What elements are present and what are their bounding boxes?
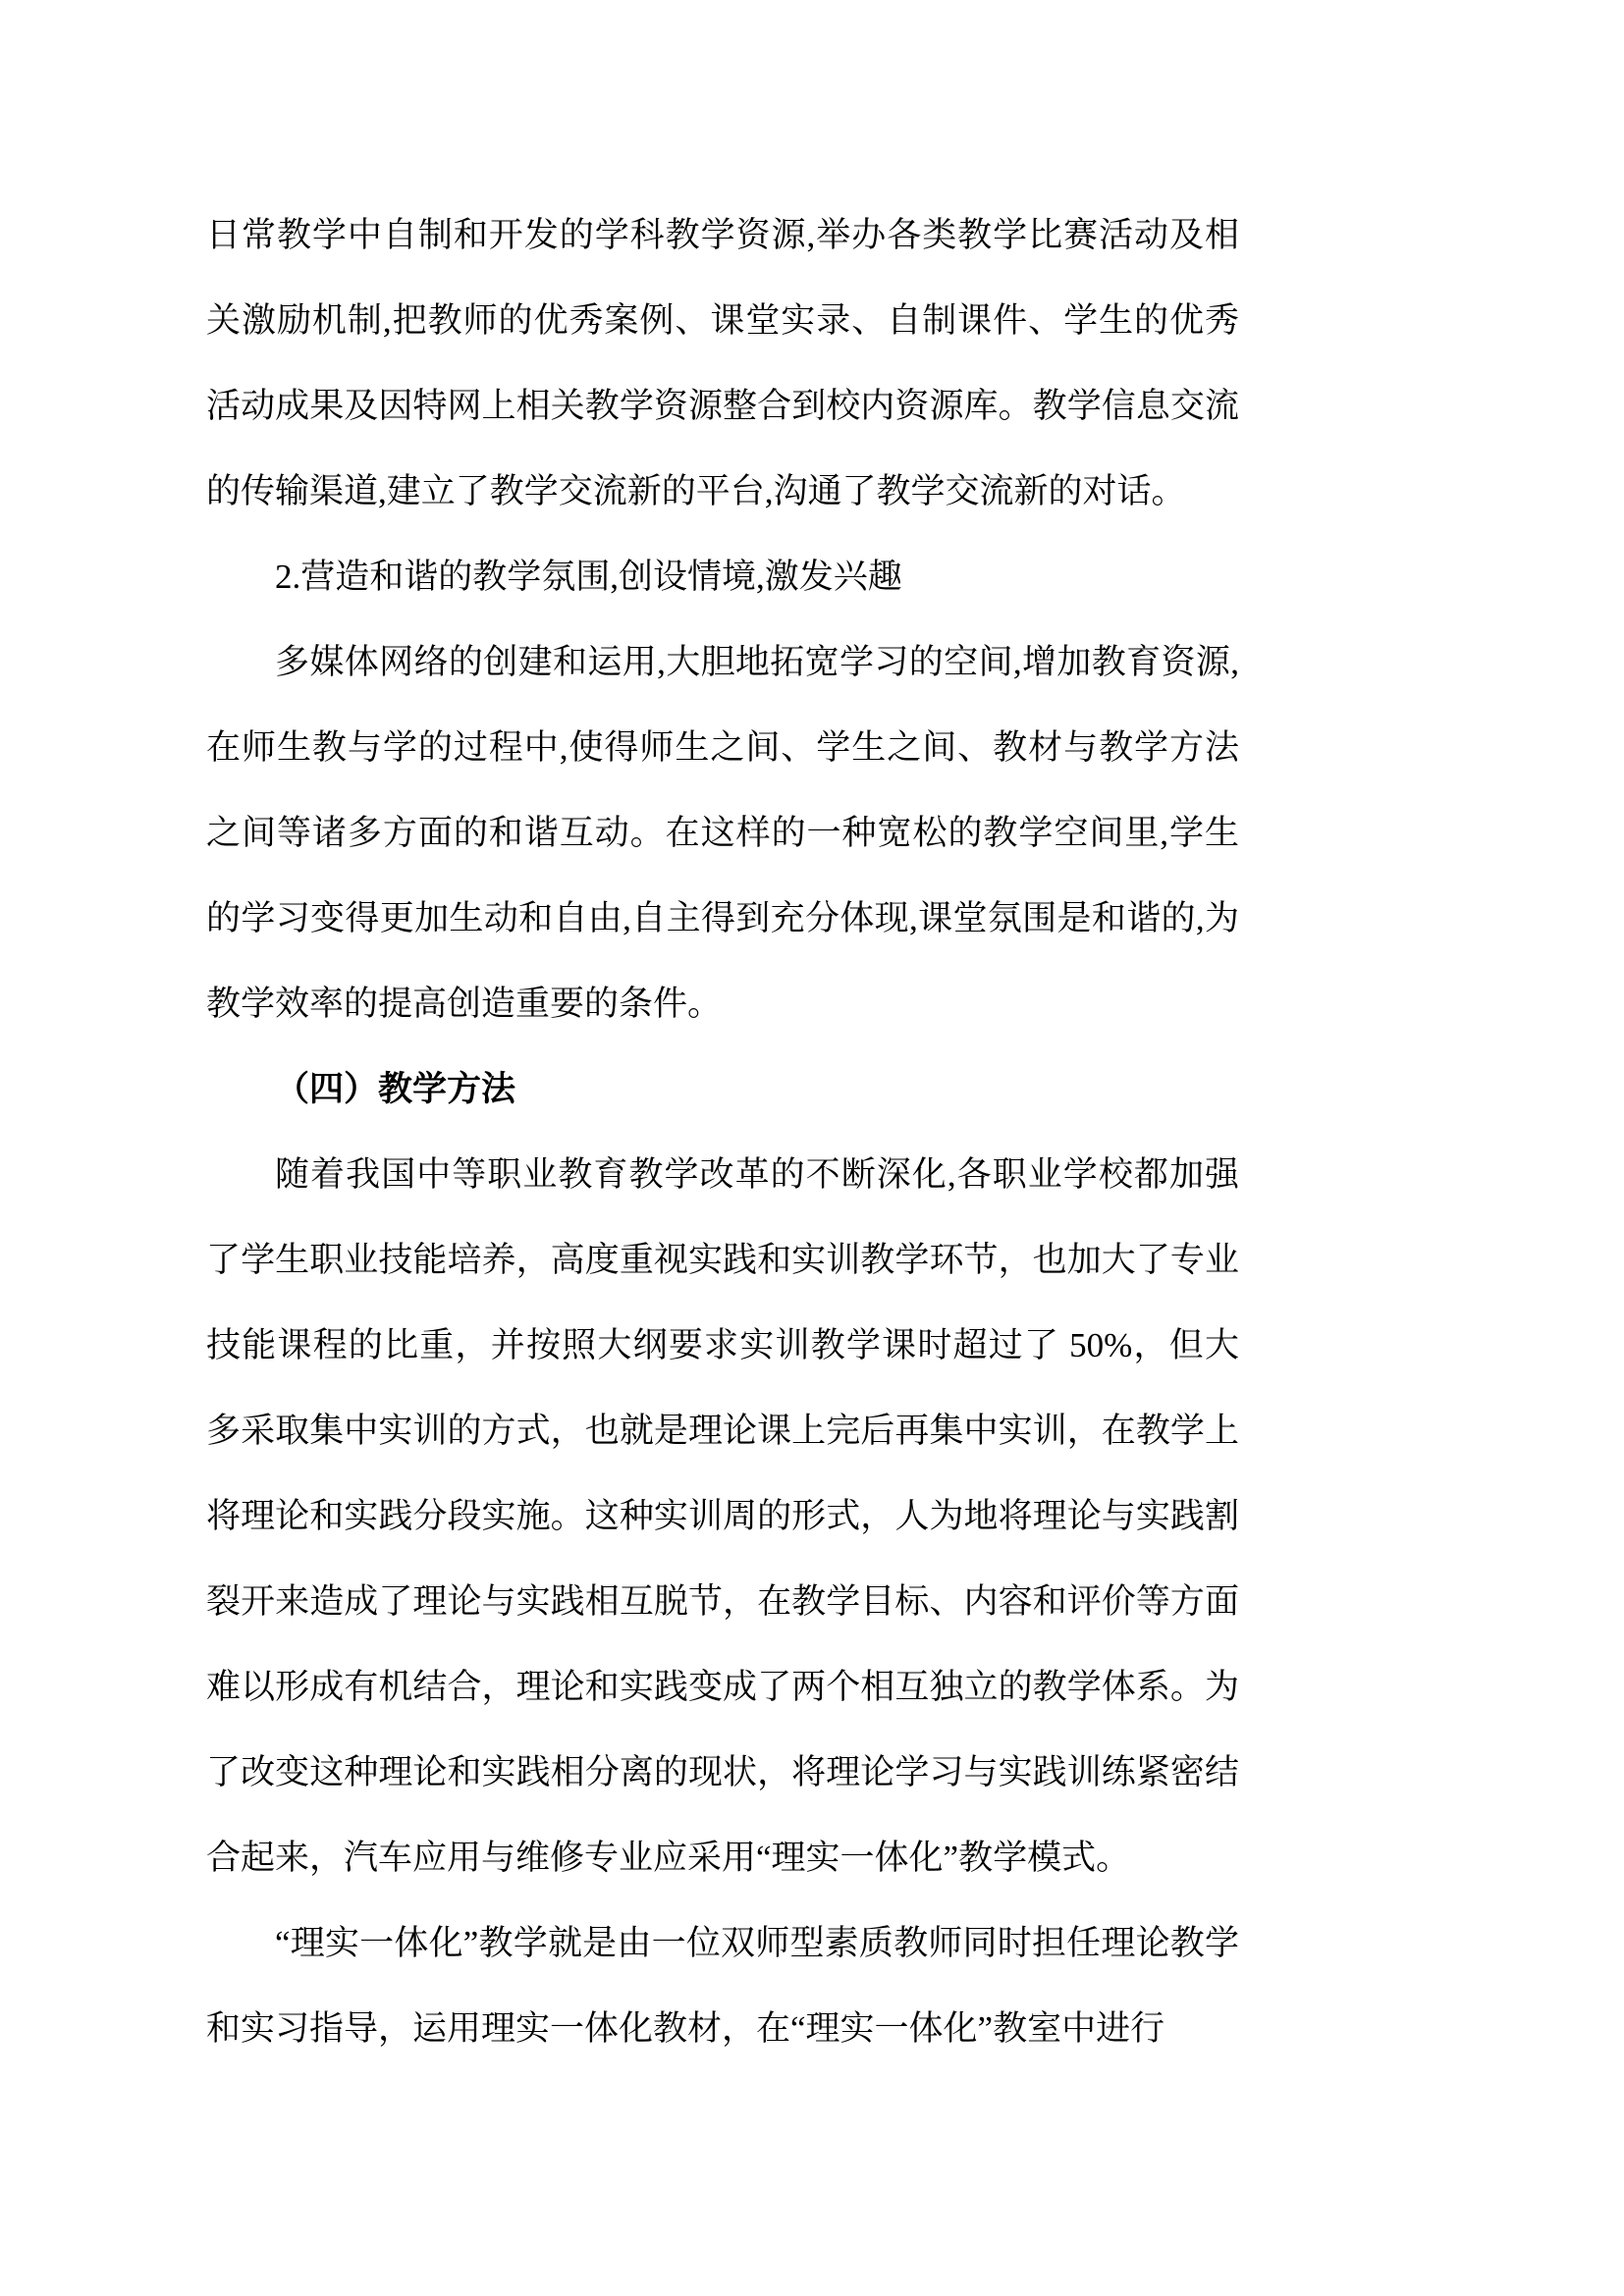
- paragraph-body-1: 多媒体网络的创建和运用,大胆地拓宽学习的空间,增加教育资源,在师生教与学的过程中…: [206, 619, 1239, 1046]
- page-text-block: 日常教学中自制和开发的学科教学资源,举办各类教学比赛活动及相关激励机制,把教师的…: [206, 192, 1239, 2071]
- section-heading-four: （四）教学方法: [206, 1046, 1239, 1132]
- document-page: { "page": { "background_color": "#ffffff…: [0, 0, 1624, 2296]
- numbered-subheading: 2.营造和谐的教学氛围,创设情境,激发兴趣: [206, 534, 1239, 619]
- paragraph-body-2: 随着我国中等职业教育教学改革的不断深化,各职业学校都加强了学生职业技能培养，高度…: [206, 1132, 1239, 1900]
- paragraph-body-3: “理实一体化”教学就是由一位双师型素质教师同时担任理论教学和实习指导，运用理实一…: [206, 1900, 1239, 2071]
- paragraph-continuation: 日常教学中自制和开发的学科教学资源,举办各类教学比赛活动及相关激励机制,把教师的…: [206, 192, 1239, 534]
